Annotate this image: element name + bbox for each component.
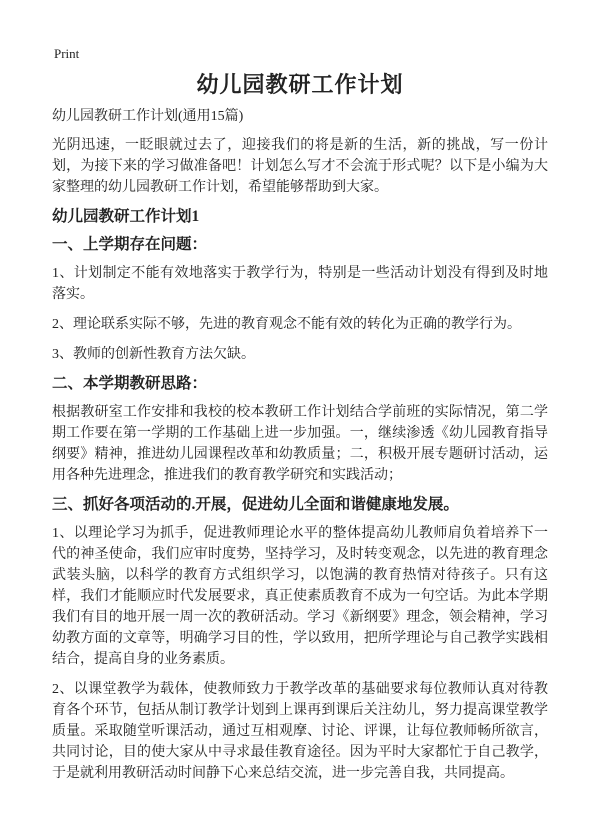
document-subtitle: 幼儿园教研工作计划(通用15篇) — [52, 108, 548, 126]
paragraph-research-ideas: 根据教研室工作安排和我校的校本教研工作计划结合学前班的实际情况，第二学期工作要在… — [52, 402, 548, 486]
paragraph-problem-1: 1、计划制定不能有效地落实于教学行为，特别是一些活动计划没有得到及时地落实。 — [52, 263, 548, 305]
intro-paragraph: 光阴迅速，一眨眼就过去了，迎接我们的将是新的生活，新的挑战，写一份计划，为接下来… — [52, 135, 548, 198]
document-page: Print 幼儿园教研工作计划 幼儿园教研工作计划(通用15篇) 光阴迅速，一眨… — [0, 0, 600, 828]
section-heading-activities-development: 三、抓好各项活动的.开展，促进幼儿全面和谐健康地发展。 — [52, 495, 548, 514]
section-heading-term-research-ideas: 二、本学期教研思路： — [52, 374, 548, 393]
paragraph-problem-2: 2、理论联系实际不够，先进的教育观念不能有效的转化为正确的教学行为。 — [52, 314, 548, 335]
paragraph-problem-3: 3、教师的创新性教育方法欠缺。 — [52, 344, 548, 365]
page-title: 幼儿园教研工作计划 — [52, 71, 548, 99]
paragraph-classroom-teaching: 2、以课堂教学为载体，使教师致力于教学改革的基础要求每位教师认真对待教育各个环节… — [52, 679, 548, 784]
section-heading-plan-1: 幼儿园教研工作计划1 — [52, 207, 548, 226]
print-button[interactable]: Print — [54, 46, 548, 62]
section-heading-last-term-problems: 一、上学期存在问题： — [52, 235, 548, 254]
paragraph-theory-learning: 1、以理论学习为抓手，促进教师理论水平的整体提高幼儿教师肩负着培养下一代的神圣使… — [52, 523, 548, 670]
